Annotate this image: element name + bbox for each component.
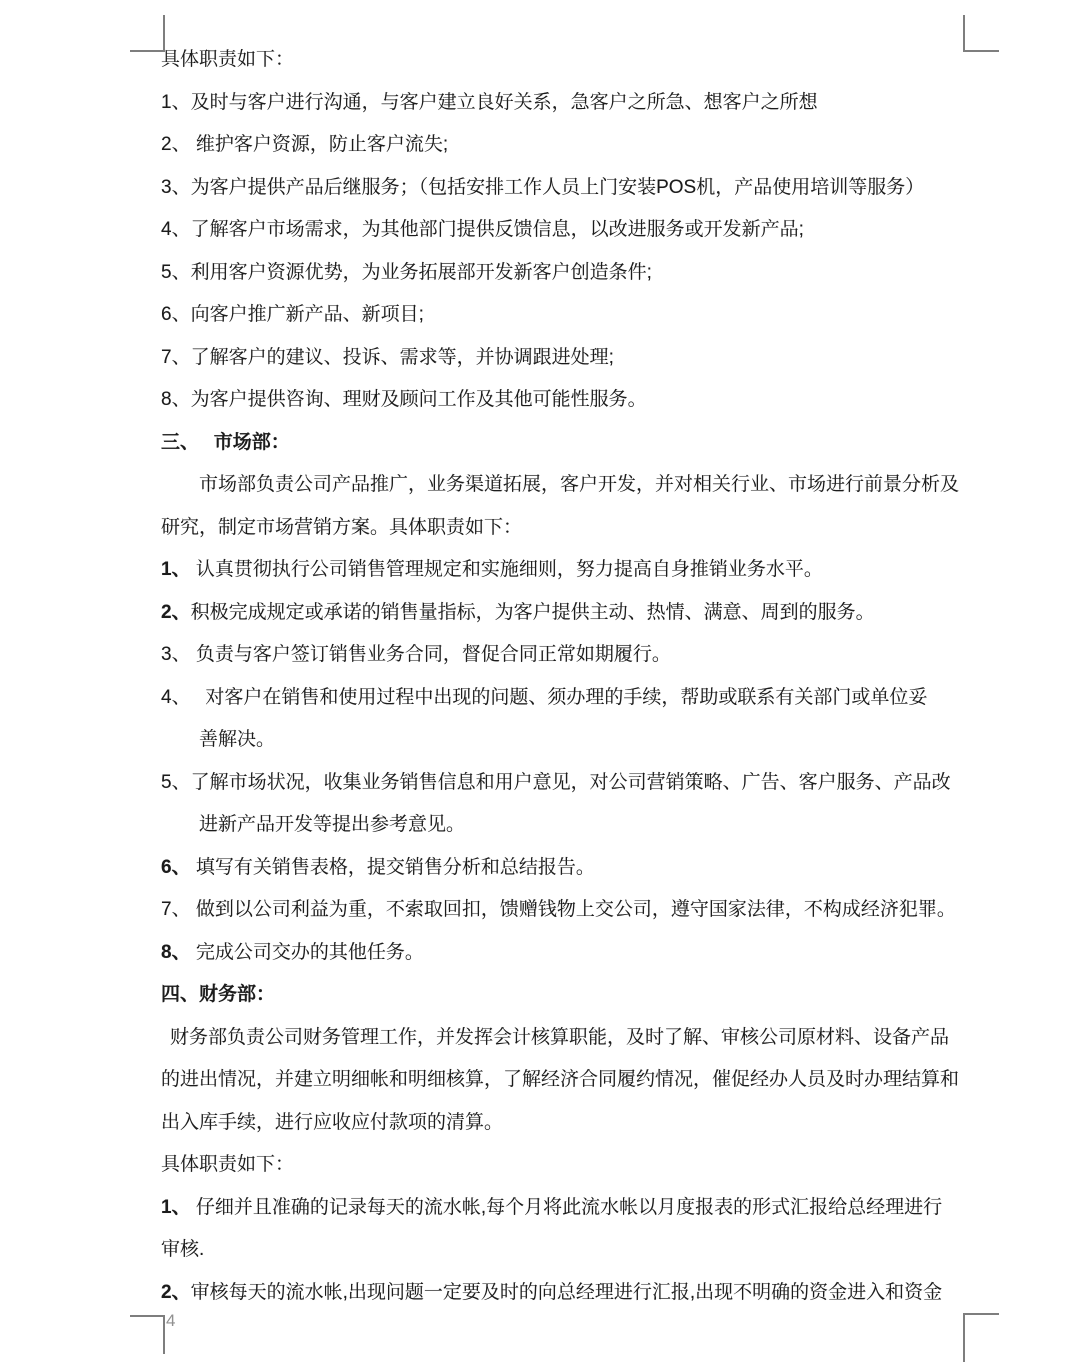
line-text: 3、为客户提供产品后继服务；（包括安排工作人员上门安装POS机，产品使用培训等服…	[161, 177, 924, 198]
line-text: 研究，制定市场营销方案。具体职责如下：	[161, 517, 522, 538]
text-line: 三、 市场部：	[161, 422, 1061, 465]
text-line: 财务部负责公司财务管理工作，并发挥会计核算职能，及时了解、审核公司原材料、设备产…	[161, 1017, 1061, 1060]
text-line: 1、及时与客户进行沟通，与客户建立良好关系，急客户之所急、想客户之所想	[161, 82, 1061, 125]
line-text: 8、为客户提供咨询、理财及顾问工作及其他可能性服务。	[161, 389, 647, 410]
line-text: 1、及时与客户进行沟通，与客户建立良好关系，急客户之所急、想客户之所想	[161, 92, 818, 113]
crop-mark-bottom-right-icon	[963, 1313, 999, 1362]
line-text: 6、向客户推广新产品、新项目;	[161, 304, 424, 325]
text-line: 7、 做到以公司利益为重，不索取回扣，馈赠钱物上交公司，遵守国家法律，不构成经济…	[161, 889, 1061, 932]
line-text: 具体职责如下：	[161, 1154, 294, 1175]
line-text: 3、 负责与客户签订销售业务合同，督促合同正常如期履行。	[161, 644, 671, 665]
text-line: 8、 完成公司交办的其他任务。	[161, 932, 1061, 975]
list-number: 1、	[161, 559, 191, 580]
document-page: 4 具体职责如下：1、及时与客户进行沟通，与客户建立良好关系，急客户之所急、想客…	[0, 0, 1080, 1362]
list-number: 1、	[161, 1197, 191, 1218]
text-line: 7、了解客户的建议、投诉、需求等，并协调跟进处理;	[161, 337, 1061, 380]
text-line: 研究，制定市场营销方案。具体职责如下：	[161, 507, 1061, 550]
line-text: 财务部负责公司财务管理工作，并发挥会计核算职能，及时了解、审核公司原材料、设备产…	[170, 1027, 949, 1048]
line-text: 7、 做到以公司利益为重，不索取回扣，馈赠钱物上交公司，遵守国家法律，不构成经济…	[161, 899, 956, 920]
text-line: 4、 对客户在销售和使用过程中出现的问题、须办理的手续，帮助或联系有关部门或单位…	[161, 677, 1061, 720]
text-line: 3、 负责与客户签订销售业务合同，督促合同正常如期履行。	[161, 634, 1061, 677]
text-line: 2、审核每天的流水帐,出现问题一定要及时的向总经理进行汇报,出现不明确的资金进入…	[161, 1272, 1061, 1315]
text-line: 6、 填写有关销售表格，提交销售分析和总结报告。	[161, 847, 1061, 890]
text-line: 5、了解市场状况，收集业务销售信息和用户意见，对公司营销策略、广告、客户服务、产…	[161, 762, 1061, 805]
line-text: 审核每天的流水帐,出现问题一定要及时的向总经理进行汇报,出现不明确的资金进入和资…	[191, 1282, 943, 1303]
crop-mark-bottom-left-icon	[130, 1315, 165, 1354]
line-text: 进新产品开发等提出参考意见。	[199, 814, 465, 835]
list-number: 8、	[161, 942, 191, 963]
text-line: 3、为客户提供产品后继服务；（包括安排工作人员上门安装POS机，产品使用培训等服…	[161, 167, 1061, 210]
text-line: 善解决。	[161, 719, 1061, 762]
text-line: 1、 仔细并且准确的记录每天的流水帐,每个月将此流水帐以月度报表的形式汇报给总经…	[161, 1187, 1061, 1230]
line-text: 出入库手续，进行应收应付款项的清算。	[161, 1112, 503, 1133]
line-text: 5、利用客户资源优势，为业务拓展部开发新客户创造条件;	[161, 262, 652, 283]
text-line: 2、 维护客户资源，防止客户流失;	[161, 124, 1061, 167]
text-line: 8、为客户提供咨询、理财及顾问工作及其他可能性服务。	[161, 379, 1061, 422]
text-line: 5、利用客户资源优势，为业务拓展部开发新客户创造条件;	[161, 252, 1061, 295]
text-line: 6、向客户推广新产品、新项目;	[161, 294, 1061, 337]
line-text: 审核.	[161, 1239, 204, 1260]
line-text: 填写有关销售表格，提交销售分析和总结报告。	[191, 857, 595, 878]
line-text: 四、财务部：	[161, 984, 275, 1005]
line-text: 善解决。	[199, 729, 275, 750]
line-text: 三、 市场部：	[161, 432, 290, 453]
text-line: 具体职责如下：	[161, 39, 1061, 82]
line-text: 4、了解客户市场需求，为其他部门提供反馈信息，以改进服务或开发新产品;	[161, 219, 804, 240]
line-text: 市场部负责公司产品推广，业务渠道拓展，客户开发，并对相关行业、市场进行前景分析及	[199, 474, 959, 495]
line-text: 7、了解客户的建议、投诉、需求等，并协调跟进处理;	[161, 347, 614, 368]
text-line: 的进出情况，并建立明细帐和明细核算，了解经济合同履约情况，催促经办人员及时办理结…	[161, 1059, 1061, 1102]
text-line: 出入库手续，进行应收应付款项的清算。	[161, 1102, 1061, 1145]
text-line: 四、财务部：	[161, 974, 1061, 1017]
list-number: 2、	[161, 1282, 191, 1303]
line-text: 完成公司交办的其他任务。	[191, 942, 424, 963]
list-number: 6、	[161, 857, 191, 878]
line-text: 仔细并且准确的记录每天的流水帐,每个月将此流水帐以月度报表的形式汇报给总经理进行	[191, 1197, 943, 1218]
line-text: 的进出情况，并建立明细帐和明细核算，了解经济合同履约情况，催促经办人员及时办理结…	[161, 1069, 959, 1090]
text-line: 1、 认真贯彻执行公司销售管理规定和实施细则，努力提高自身推销业务水平。	[161, 549, 1061, 592]
text-line: 4、了解客户市场需求，为其他部门提供反馈信息，以改进服务或开发新产品;	[161, 209, 1061, 252]
text-line: 市场部负责公司产品推广，业务渠道拓展，客户开发，并对相关行业、市场进行前景分析及	[161, 464, 1061, 507]
text-line: 2、积极完成规定或承诺的销售量指标，为客户提供主动、热情、满意、周到的服务。	[161, 592, 1061, 635]
line-text: 认真贯彻执行公司销售管理规定和实施细则，努力提高自身推销业务水平。	[191, 559, 823, 580]
text-line: 进新产品开发等提出参考意见。	[161, 804, 1061, 847]
line-text: 积极完成规定或承诺的销售量指标，为客户提供主动、热情、满意、周到的服务。	[191, 602, 875, 623]
line-text: 5、了解市场状况，收集业务销售信息和用户意见，对公司营销策略、广告、客户服务、产…	[161, 772, 951, 793]
document-body: 具体职责如下：1、及时与客户进行沟通，与客户建立良好关系，急客户之所急、想客户之…	[161, 39, 1061, 1314]
text-line: 具体职责如下：	[161, 1144, 1061, 1187]
list-number: 2、	[161, 602, 191, 623]
crop-mark-top-left-icon	[130, 15, 165, 52]
text-line: 审核.	[161, 1229, 1061, 1272]
line-text: 4、 对客户在销售和使用过程中出现的问题、须办理的手续，帮助或联系有关部门或单位…	[161, 687, 927, 708]
page-number: 4	[166, 1311, 175, 1331]
line-text: 2、 维护客户资源，防止客户流失;	[161, 134, 448, 155]
line-text: 具体职责如下：	[161, 49, 294, 70]
